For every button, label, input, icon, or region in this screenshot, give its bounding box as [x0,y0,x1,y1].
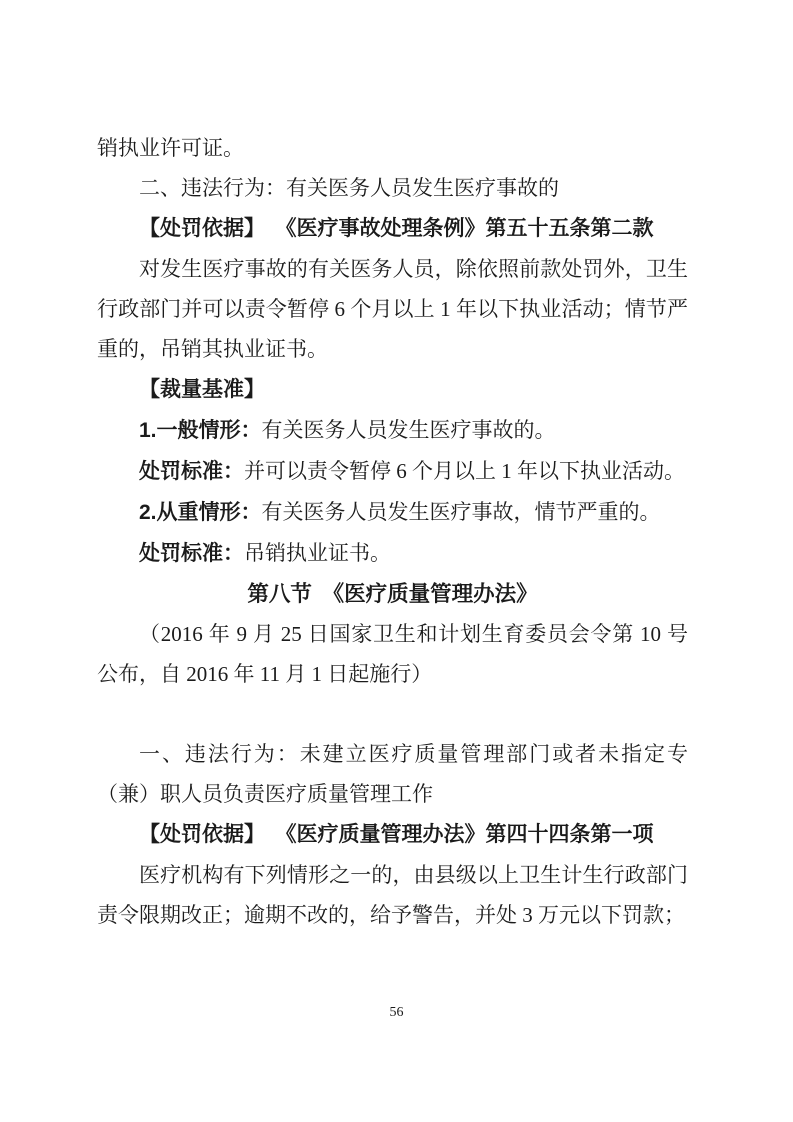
paragraph-penalty-provision-1: 对发生医疗事故的有关医务人员，除依照前款处罚外，卫生行政部门并可以责令暂停 6 … [97,249,688,369]
paragraph-penalty-basis-2: 【处罚依据】《医疗质量管理办法》第四十四条第一项 [97,814,688,855]
paragraph-penalty-basis-1: 【处罚依据】《医疗事故处理条例》第五十五条第二款 [97,208,688,249]
paragraph-standard-2: 处罚标准：吊销执业证书。 [97,533,688,574]
section-heading: 第八节 《医疗质量管理办法》 [97,574,688,614]
paragraph-penalty-provision-2: 医疗机构有下列情形之一的，由县级以上卫生计生行政部门责令限期改正；逾期不改的，给… [97,855,688,935]
paragraph-standard-1: 处罚标准：并可以责令暂停 6 个月以上 1 年以下执业活动。 [97,451,688,492]
paragraph-violation-1: 一、违法行为：未建立医疗质量管理部门或者未指定专（兼）职人员负责医疗质量管理工作 [97,734,688,814]
penalty-basis-reference-1: 《医疗事故处理条例》第五十五条第二款 [286,217,654,240]
penalty-basis-label-1: 【处罚依据】 [139,217,265,240]
paragraph-case-2: 2.从重情形：有关医务人员发生医疗事故，情节严重的。 [97,492,688,533]
case-1-text: 有关医务人员发生医疗事故的。 [262,418,556,442]
standard-2-label: 处罚标准： [139,542,244,565]
standard-1-text: 并可以责令暂停 6 个月以上 1 年以下执业活动。 [244,459,685,483]
case-2-text: 有关医务人员发生医疗事故，情节严重的。 [262,500,661,524]
paragraph-carryover: 销执业许可证。 [97,128,688,168]
paragraph-promulgation: （2016 年 9 月 25 日国家卫生和计划生育委员会令第 10 号公布，自 … [97,614,688,694]
standard-2-text: 吊销执业证书。 [244,541,391,565]
case-2-label: 2.从重情形： [139,501,262,524]
paragraph-benchmark-heading: 【裁量基准】 [97,369,688,410]
penalty-basis-reference-2: 《医疗质量管理办法》第四十四条第一项 [286,823,654,846]
penalty-basis-label-2: 【处罚依据】 [139,823,265,846]
case-1-label: 1.一般情形： [139,419,262,442]
paragraph-violation-2: 二、违法行为：有关医务人员发生医疗事故的 [97,168,688,208]
page-number: 56 [0,1004,793,1022]
benchmark-label: 【裁量基准】 [139,378,265,401]
document-page: 销执业许可证。 二、违法行为：有关医务人员发生医疗事故的 【处罚依据】《医疗事故… [0,0,793,1122]
document-content: 销执业许可证。 二、违法行为：有关医务人员发生医疗事故的 【处罚依据】《医疗事故… [97,128,688,935]
paragraph-case-1: 1.一般情形：有关医务人员发生医疗事故的。 [97,410,688,451]
standard-1-label: 处罚标准： [139,460,244,483]
